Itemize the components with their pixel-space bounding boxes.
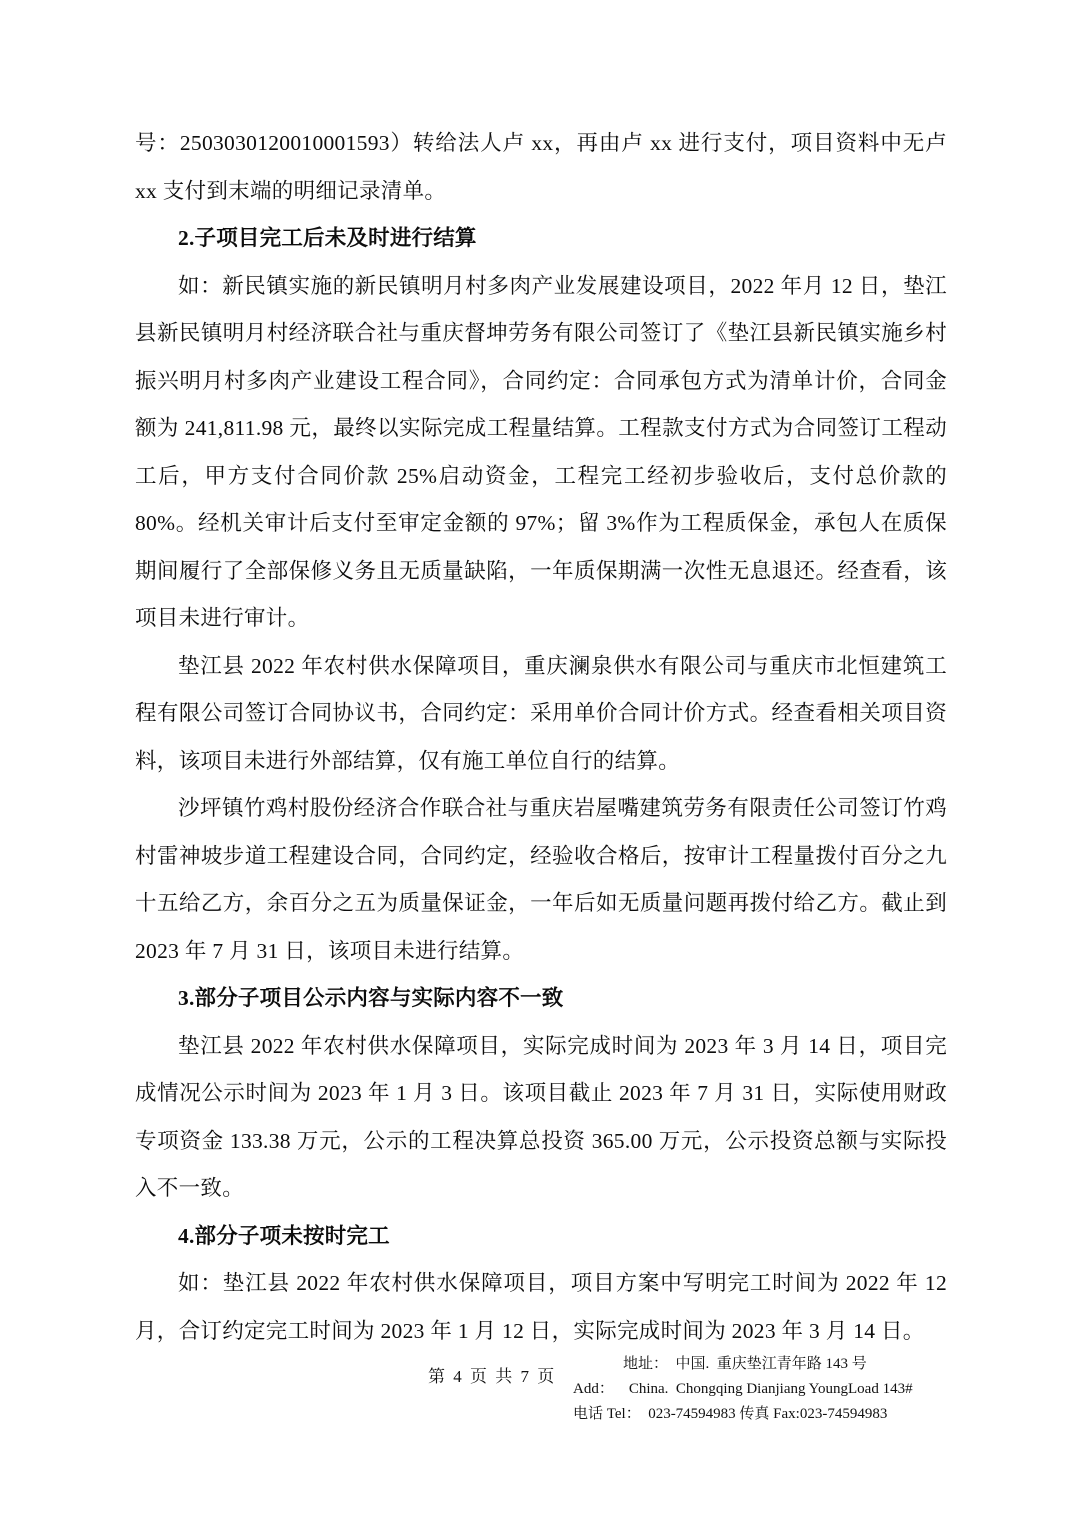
page-number-indicator: 第 4 页 共 7 页 — [428, 1362, 556, 1387]
section-heading-3-publicity-mismatch: 3.部分子项目公示内容与实际内容不一致 — [135, 975, 947, 1023]
section-heading-2-settlement-delay: 2.子项目完工后未及时进行结算 — [135, 215, 947, 263]
footer-address-english: Add： China. Chongqing Dianjiang YoungLoa… — [573, 1377, 953, 1402]
paragraph-water-supply-project: 垫江县 2022 年农村供水保障项目，重庆澜泉供水有限公司与重庆市北恒建筑工程有… — [135, 643, 947, 786]
paragraph-payment-detail: 号：2503030120010001593）转给法人卢 xx，再由卢 xx 进行… — [135, 120, 947, 215]
paragraph-shaping-zhuji-project: 沙坪镇竹鸡村股份经济合作联合社与重庆岩屋嘴建筑劳务有限责任公司签订竹鸡村雷神坡步… — [135, 785, 947, 975]
section-heading-4-overdue-completion: 4.部分子项未按时完工 — [135, 1213, 947, 1261]
footer-address-chinese: 地址： 中国. 重庆垫江青年路 143 号 — [573, 1352, 953, 1377]
document-body: 号：2503030120010001593）转给法人卢 xx，再由卢 xx 进行… — [135, 120, 947, 1355]
page-footer: 第 4 页 共 7 页 地址： 中国. 重庆垫江青年路 143 号 Add： C… — [0, 1350, 1074, 1440]
paragraph-publicity-mismatch-detail: 垫江县 2022 年农村供水保障项目，实际完成时间为 2023 年 3 月 14… — [135, 1023, 947, 1213]
document-page: 号：2503030120010001593）转给法人卢 xx，再由卢 xx 进行… — [0, 0, 1074, 1520]
footer-contact-block: 地址： 中国. 重庆垫江青年路 143 号 Add： China. Chongq… — [573, 1352, 953, 1427]
footer-tel-fax: 电话 Tel： 023-74594983 传真 Fax:023-74594983 — [573, 1402, 953, 1427]
paragraph-overdue-completion-detail: 如：垫江县 2022 年农村供水保障项目，项目方案中写明完工时间为 2022 年… — [135, 1260, 947, 1355]
paragraph-xinmin-project: 如：新民镇实施的新民镇明月村多肉产业发展建设项目，2022 年月 12 日，垫江… — [135, 263, 947, 643]
